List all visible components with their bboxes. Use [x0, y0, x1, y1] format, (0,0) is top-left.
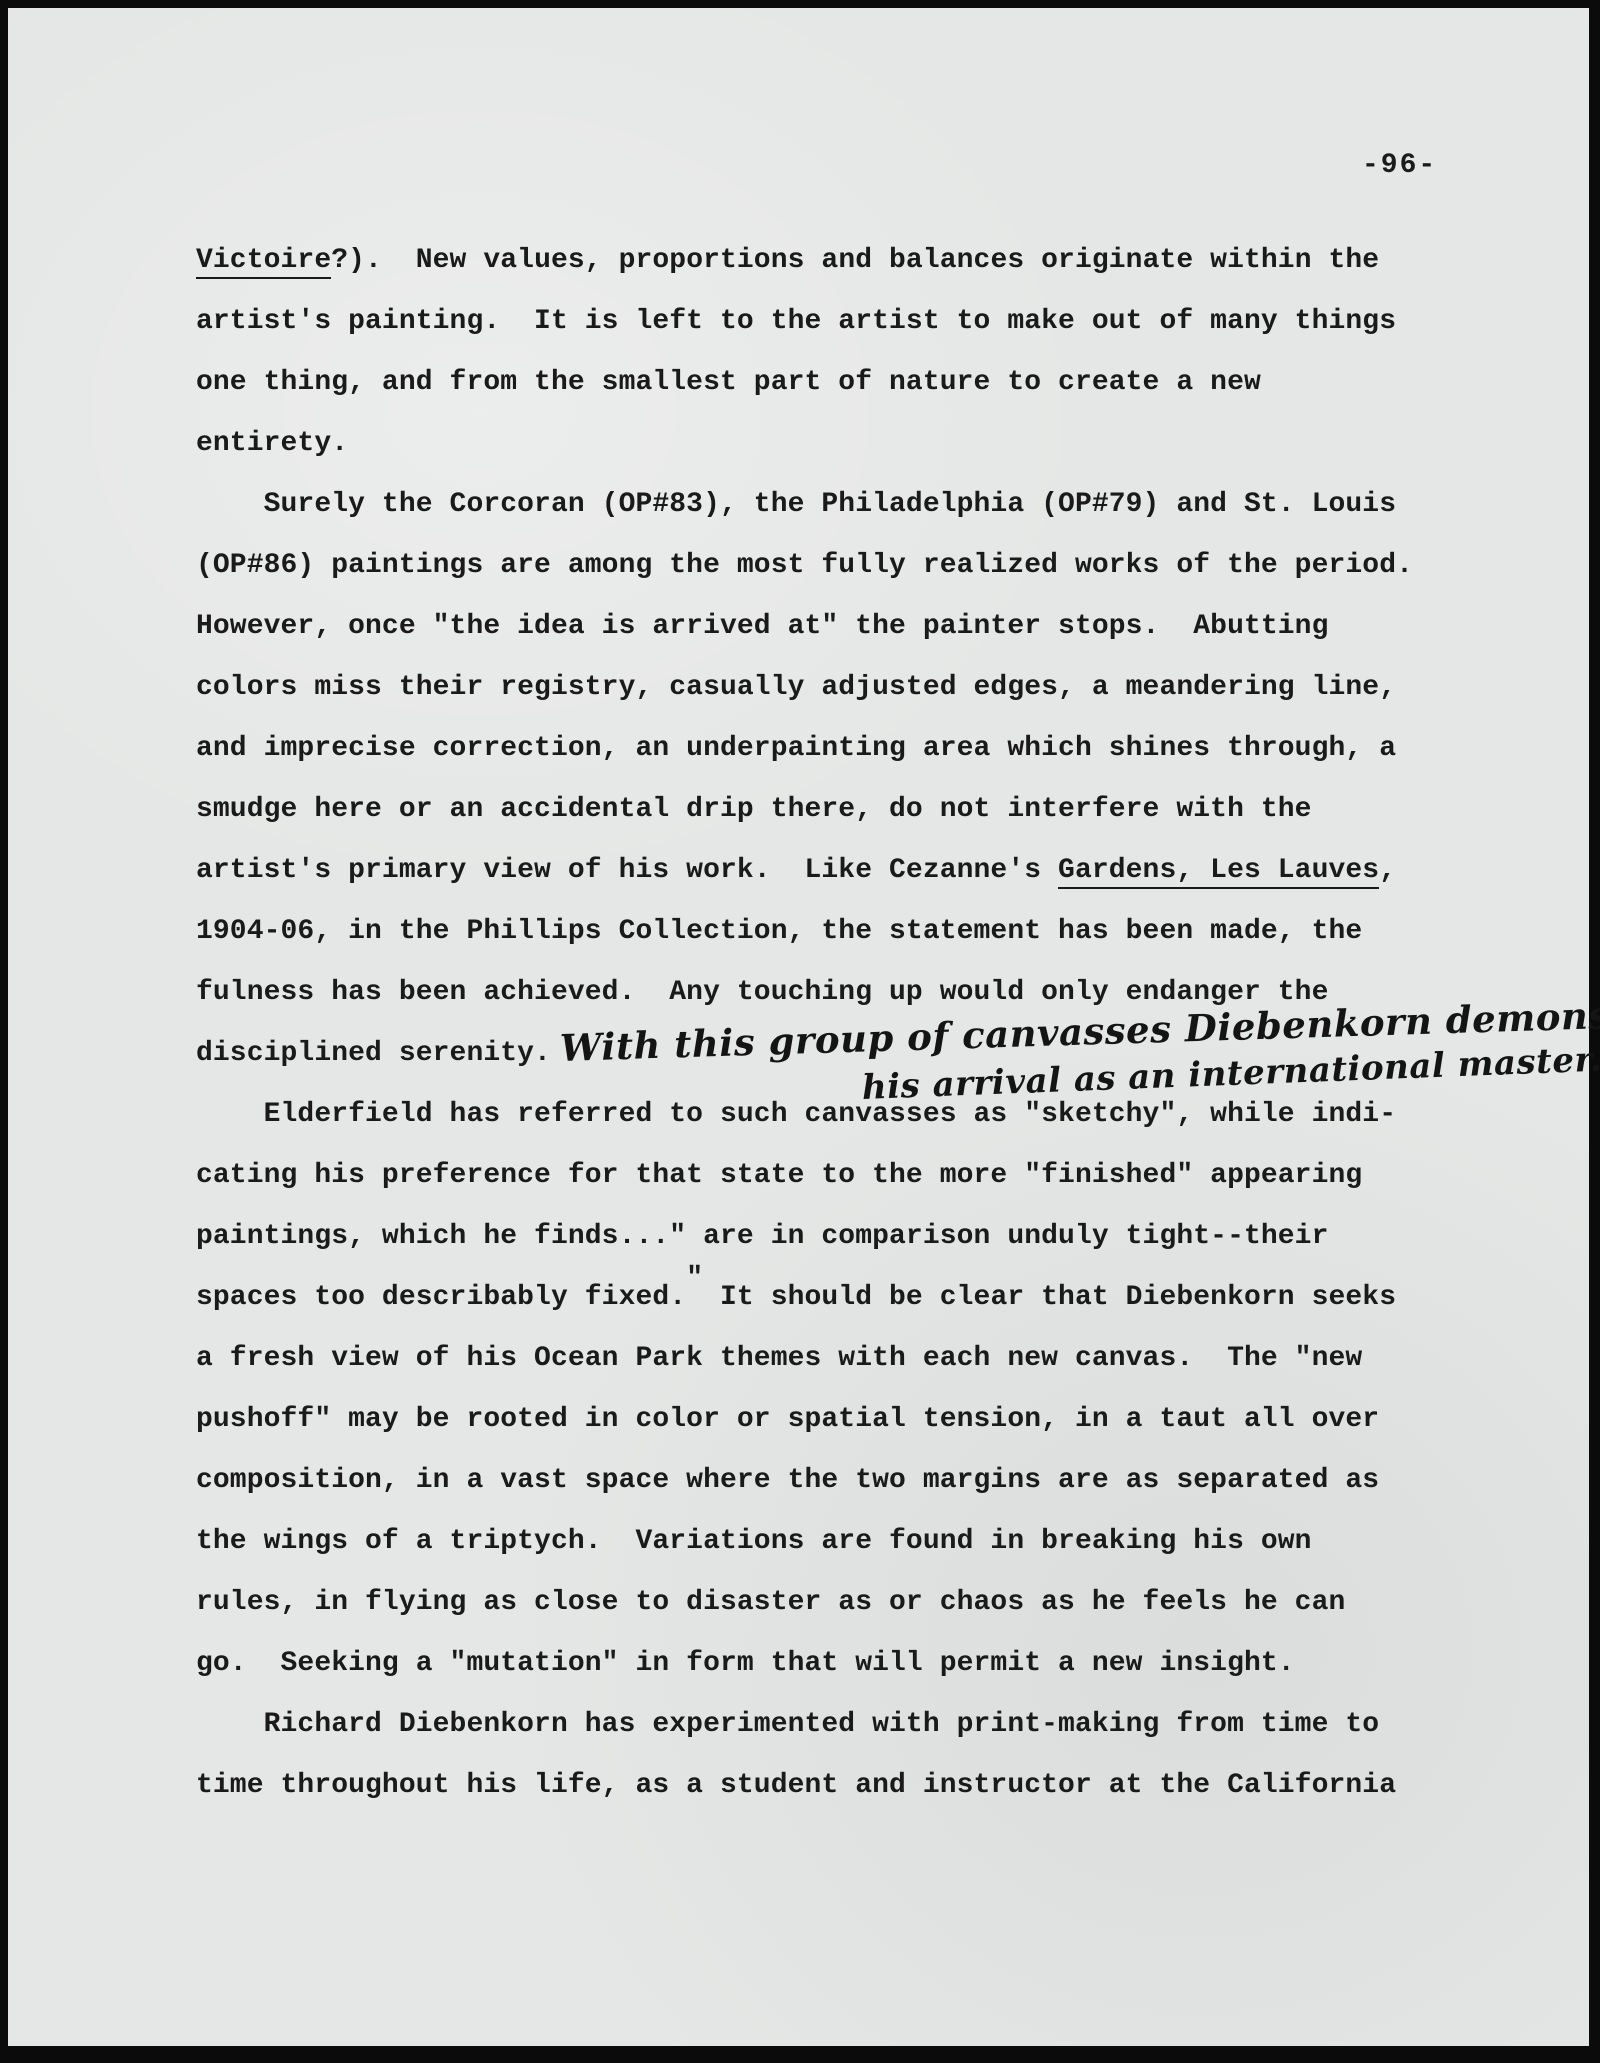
underlined-text: Gardens, Les Lauves [1058, 855, 1379, 889]
typed-line: a fresh view of his Ocean Park themes wi… [196, 1328, 1456, 1389]
typed-line: entirety. [196, 413, 1456, 474]
page-number: -96- [1362, 150, 1437, 181]
typed-line: paintings, which he finds..." are in com… [196, 1206, 1456, 1267]
typed-line: time throughout his life, as a student a… [196, 1755, 1456, 1816]
typed-line: rules, in flying as close to disaster as… [196, 1572, 1456, 1633]
typed-text: spaces too describably fixed. [196, 1282, 686, 1313]
typed-text: ?). New values, proportions and balances… [331, 245, 1379, 276]
typed-line: artist's primary view of his work. Like … [196, 840, 1456, 901]
typed-line: Surely the Corcoran (OP#83), the Philade… [196, 474, 1456, 535]
typed-line: Richard Diebenkorn has experimented with… [196, 1694, 1456, 1755]
typed-text: a fresh view of his Ocean Park themes wi… [196, 1343, 1362, 1374]
typed-text: pushoff" may be rooted in color or spati… [196, 1404, 1379, 1435]
typed-text: Surely the Corcoran (OP#83), the Philade… [196, 489, 1396, 520]
typed-line: the wings of a triptych. Variations are … [196, 1511, 1456, 1572]
underlined-text: Victoire [196, 245, 331, 279]
typed-text: colors miss their registry, casually adj… [196, 672, 1396, 703]
scan-border-bottom [0, 2046, 1600, 2063]
typed-line: one thing, and from the smallest part of… [196, 352, 1456, 413]
typed-line: go. Seeking a "mutation" in form that wi… [196, 1633, 1456, 1694]
scan-border-left [0, 0, 8, 2063]
typed-text: (OP#86) paintings are among the most ful… [196, 550, 1413, 581]
typed-text: paintings, which he finds..." are in com… [196, 1221, 1328, 1252]
typed-line: cating his preference for that state to … [196, 1145, 1456, 1206]
typed-text: rules, in flying as close to disaster as… [196, 1587, 1345, 1618]
typed-line: artist's painting. It is left to the art… [196, 291, 1456, 352]
typed-line: smudge here or an accidental drip there,… [196, 779, 1456, 840]
typed-text: cating his preference for that state to … [196, 1160, 1362, 1191]
typed-text: entirety. [196, 428, 348, 459]
typed-text: , [1379, 855, 1396, 886]
typed-line: 1904-06, in the Phillips Collection, the… [196, 901, 1456, 962]
typed-text: composition, in a vast space where the t… [196, 1465, 1379, 1496]
scan-border-top [0, 0, 1600, 8]
typed-text: disciplined serenity. [196, 1038, 551, 1069]
typed-text: artist's painting. It is left to the art… [196, 306, 1396, 337]
typed-text: and imprecise correction, an underpainti… [196, 733, 1396, 764]
typed-line: Victoire?). New values, proportions and … [196, 230, 1456, 291]
typed-text: It should be clear that Diebenkorn seeks [703, 1282, 1396, 1313]
typed-line: Elderfield has referred to such canvasse… [196, 1084, 1456, 1145]
typed-text: go. Seeking a "mutation" in form that wi… [196, 1648, 1295, 1679]
typed-text: fulness has been achieved. Any touching … [196, 977, 1328, 1008]
typed-line: spaces too describably fixed." It should… [196, 1267, 1456, 1328]
typed-text: However, once "the idea is arrived at" t… [196, 611, 1328, 642]
scanned-document-page: -96- Victoire?). New values, proportions… [0, 0, 1600, 2063]
typed-line: (OP#86) paintings are among the most ful… [196, 535, 1456, 596]
typed-text: Elderfield has referred to such canvasse… [196, 1099, 1396, 1130]
typed-text: time throughout his life, as a student a… [196, 1770, 1396, 1801]
typed-text: smudge here or an accidental drip there,… [196, 794, 1312, 825]
typed-text: artist's primary view of his work. Like … [196, 855, 1058, 886]
typed-text: the wings of a triptych. Variations are … [196, 1526, 1312, 1557]
typed-line: pushoff" may be rooted in color or spati… [196, 1389, 1456, 1450]
typed-line: composition, in a vast space where the t… [196, 1450, 1456, 1511]
typed-text: 1904-06, in the Phillips Collection, the… [196, 916, 1362, 947]
typed-text: Richard Diebenkorn has experimented with… [196, 1709, 1379, 1740]
typed-text: one thing, and from the smallest part of… [196, 367, 1261, 398]
typed-line: colors miss their registry, casually adj… [196, 657, 1456, 718]
typed-line: However, once "the idea is arrived at" t… [196, 596, 1456, 657]
inserted-quote-mark: " [686, 1263, 703, 1294]
typed-line: and imprecise correction, an underpainti… [196, 718, 1456, 779]
